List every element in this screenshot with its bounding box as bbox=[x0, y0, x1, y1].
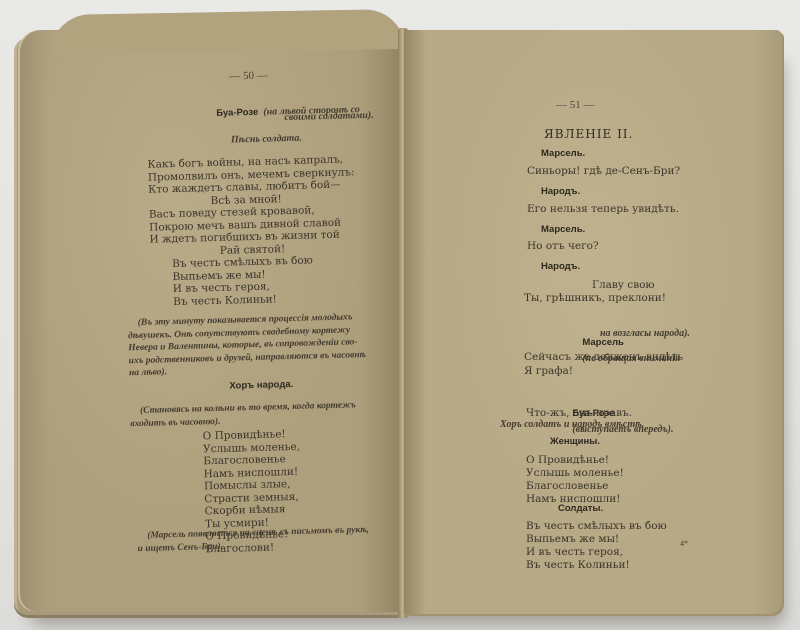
verse-line: И въ честь героя, bbox=[526, 546, 667, 559]
women-verse: О Провидѣнье! Услышь моленье! Благослове… bbox=[526, 454, 624, 506]
verse-line: Выпьемъ же мы! bbox=[526, 533, 667, 546]
dialogue-line: Но отъ чего? bbox=[527, 241, 599, 252]
stage-direction-procession: (Въ эту минуту показывается процессія мо… bbox=[128, 310, 400, 380]
signature-mark: 4* bbox=[680, 540, 688, 548]
speaker-narod: Народъ. bbox=[541, 262, 580, 272]
soldiers-verse: Въ честь смѣлыхъ въ бою Выпьемъ же мы! И… bbox=[526, 520, 667, 572]
right-page: — 51 — ЯВЛЕНІЕ II. Марсель. Синьоры! гдѣ… bbox=[404, 30, 782, 614]
scene-heading: ЯВЛЕНІЕ II. bbox=[544, 128, 633, 140]
speaker-narod: Народъ. bbox=[541, 187, 580, 197]
dialogue-line: Ты, грѣшникъ, преклони! bbox=[524, 293, 666, 304]
stage-direction-marcel: (Марсель появляется на сценѣ съ письмомъ… bbox=[137, 523, 408, 556]
stage-direction-cont: на возгласы народа). bbox=[600, 329, 690, 339]
speaker-marcel: Марсель. bbox=[541, 225, 585, 235]
chorus-heading: Хоръ народа. bbox=[229, 380, 293, 391]
speaker-marcel: Марсель. bbox=[541, 149, 585, 159]
speaker-soldaty: Солдаты. bbox=[558, 504, 603, 514]
dialogue-line: Я графа! bbox=[524, 366, 573, 377]
dialogue-line: Сейчасъ же долженъ видѣть bbox=[524, 352, 683, 363]
dialogue-line: Что-жъ, онъ правъ. bbox=[526, 408, 632, 419]
dialogue-line: Главу свою bbox=[592, 280, 655, 291]
verse-line: Услышь моленье! bbox=[526, 467, 624, 480]
page-number-51: — 51 — bbox=[556, 100, 595, 111]
speaker-bua-roze: Буа-Розе bbox=[216, 107, 258, 119]
speaker-zhenshchiny: Женщины. bbox=[550, 437, 600, 447]
dialogue-line: Его нельзя теперь увидѣть. bbox=[527, 204, 679, 215]
verse-line: Въ честь смѣлыхъ въ бою bbox=[526, 520, 667, 533]
stage-direction-chorus: Хоръ солдатъ и народъ вмѣстѣ. bbox=[500, 420, 644, 430]
dialogue-line: Синьоры! гдѣ де-Сенъ-Бри? bbox=[527, 166, 680, 177]
speaker-marcel-direction: Марсель (не обращая вниманія bbox=[562, 316, 680, 380]
stage-direction-cont: своими солдатами). bbox=[284, 111, 374, 123]
verse-line: Благословенье bbox=[526, 480, 624, 493]
verse-line: О Провидѣнье! bbox=[526, 454, 624, 467]
verse-line: Въ честь Колиньи! bbox=[526, 559, 667, 572]
page-number-50: — 50 — bbox=[229, 71, 268, 83]
song-verse: Какъ богъ войны, на насъ капралъ, Промол… bbox=[147, 152, 391, 308]
song-title: Пѣснь солдата. bbox=[231, 134, 302, 146]
left-page: — 50 — Буа-Розе (на лѣвой сторонѣ со сво… bbox=[20, 30, 404, 612]
